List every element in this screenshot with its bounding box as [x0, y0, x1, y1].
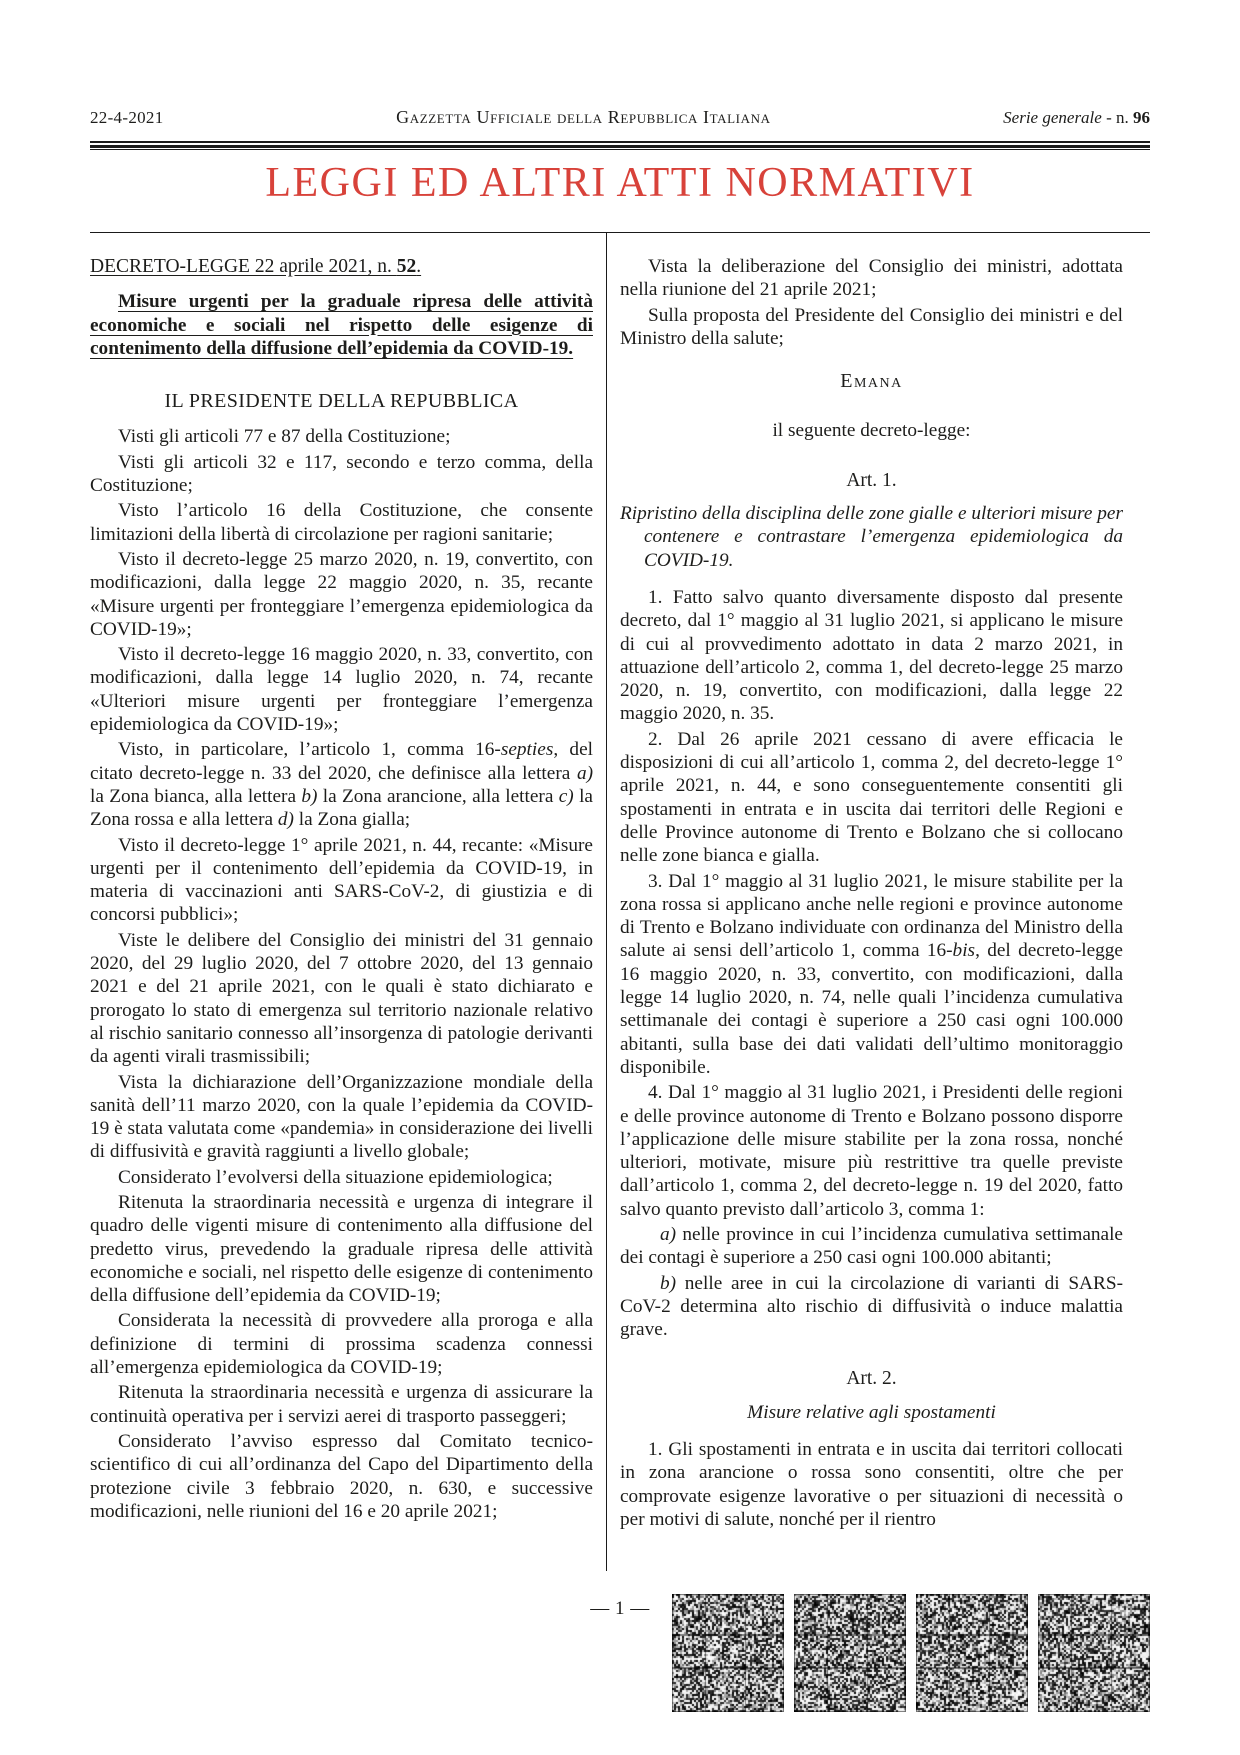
recital-paragraph: Ritenuta la straordinaria necessità e ur… [90, 1191, 593, 1307]
decree-summary: Misure urgenti per la graduale ripresa d… [90, 290, 593, 360]
recital-paragraph: Vista la deliberazione del Consiglio dei… [620, 255, 1123, 302]
recital-run: la Zona gialla; [294, 809, 410, 830]
recital-paragraph: Visto il decreto-legge 1° aprile 2021, n… [90, 834, 593, 927]
recital-paragraph: Visto, in particolare, l’articolo 1, com… [90, 738, 593, 831]
article-paragraph: 1. Gli spostamenti in entrata e in uscit… [620, 1438, 1123, 1531]
recital-run: Visto, in particolare, l’articolo 1, com… [118, 739, 501, 760]
article-paragraph: 2. Dal 26 aprile 2021 cessano di avere e… [620, 728, 1123, 868]
decree-title-dot: . [416, 256, 421, 277]
recital-paragraph: Vista la dichiarazione dell’Organizzazio… [90, 1071, 593, 1164]
header-series-sep: - n. [1102, 108, 1133, 127]
recital-paragraph: Considerato l’evolversi della situazione… [90, 1166, 593, 1189]
decree-number: 52 [397, 256, 417, 277]
barcode-block [672, 1594, 784, 1712]
header-journal-title: Gazzetta Ufficiale della Repubblica Ital… [396, 106, 770, 128]
header-series-name: Serie generale [1003, 108, 1102, 127]
recital-paragraph: Visto il decreto-legge 25 marzo 2020, n.… [90, 548, 593, 641]
section-banner-title: LEGGI ED ALTRI ATTI NORMATIVI [90, 158, 1150, 208]
recital-paragraph: Visti gli articoli 32 e 117, secondo e t… [90, 451, 593, 498]
recital-run-italic: a) [577, 763, 593, 784]
article-item-b: b) nelle aree in cui la circolazione di … [620, 1272, 1123, 1342]
barcode-block [1038, 1594, 1150, 1712]
header-date: 22-4-2021 [90, 107, 164, 129]
left-column: DECRETO-LEGGE 22 aprile 2021, n. 52. Mis… [90, 233, 606, 1571]
president-heading: IL PRESIDENTE DELLA REPUBBLICA [90, 390, 593, 413]
item-text: nelle aree in cui la circolazione di var… [620, 1273, 1123, 1341]
header-series: Serie generale - n. 96 [1003, 107, 1150, 129]
recital-run: la Zona bianca, alla lettera [90, 786, 301, 807]
emana-heading: Emana [620, 370, 1123, 393]
recital-paragraph: Viste le delibere del Consiglio dei mini… [90, 929, 593, 1069]
article-item-a: a) nelle province in cui l’incidenza cum… [620, 1223, 1123, 1270]
article-2-title: Misure relative agli spostamenti [620, 1401, 1123, 1424]
recital-run-italic: d) [278, 809, 294, 830]
right-column: Vista la deliberazione del Consiglio dei… [607, 233, 1123, 1571]
header-series-number: 96 [1133, 108, 1150, 127]
article-run-italic: bis [953, 940, 976, 961]
recital-paragraph: Considerato l’avviso espresso dal Comita… [90, 1430, 593, 1523]
decree-title: DECRETO-LEGGE 22 aprile 2021, n. 52. [90, 255, 593, 278]
barcode-block [916, 1594, 1028, 1712]
barcode-strip [672, 1594, 1150, 1712]
recital-run: la Zona arancione, alla lettera [317, 786, 558, 807]
item-letter: b) [660, 1273, 676, 1294]
item-text: nelle province in cui l’incidenza cumula… [620, 1224, 1123, 1268]
page-header: 22-4-2021 Gazzetta Ufficiale della Repub… [90, 106, 1150, 129]
barcode-block [794, 1594, 906, 1712]
two-column-body: DECRETO-LEGGE 22 aprile 2021, n. 52. Mis… [90, 232, 1150, 1571]
article-paragraph: 4. Dal 1° maggio al 31 luglio 2021, i Pr… [620, 1081, 1123, 1221]
item-letter: a) [660, 1224, 676, 1245]
recital-paragraph: Visti gli articoli 77 e 87 della Costitu… [90, 425, 593, 448]
article-paragraph: 1. Fatto salvo quanto diversamente dispo… [620, 586, 1123, 726]
article-1-label: Art. 1. [620, 469, 1123, 492]
recital-paragraph: Visto il decreto-legge 16 maggio 2020, n… [90, 643, 593, 736]
article-paragraph: 3. Dal 1° maggio al 31 luglio 2021, le m… [620, 870, 1123, 1080]
recital-run-italic: b) [301, 786, 317, 807]
page-footer: — 1 — [90, 1576, 1150, 1726]
header-double-rule [90, 141, 1150, 150]
article-2-label: Art. 2. [620, 1367, 1123, 1390]
decree-intro: il seguente decreto-legge: [620, 419, 1123, 442]
recital-paragraph: Visto l’articolo 16 della Costituzione, … [90, 499, 593, 546]
recital-paragraph: Sulla proposta del Presidente del Consig… [620, 304, 1123, 351]
recital-run-italic: c) [559, 786, 574, 807]
recital-paragraph: Ritenuta la straordinaria necessità e ur… [90, 1381, 593, 1428]
decree-title-text: DECRETO-LEGGE 22 aprile 2021, n. [90, 256, 397, 277]
recital-run-italic: septies [501, 739, 553, 760]
article-1-title: Ripristino della disciplina delle zone g… [620, 502, 1123, 572]
recital-paragraph: Considerata la necessità di provvedere a… [90, 1309, 593, 1379]
gazzetta-page: 22-4-2021 Gazzetta Ufficiale della Repub… [0, 0, 1240, 1755]
